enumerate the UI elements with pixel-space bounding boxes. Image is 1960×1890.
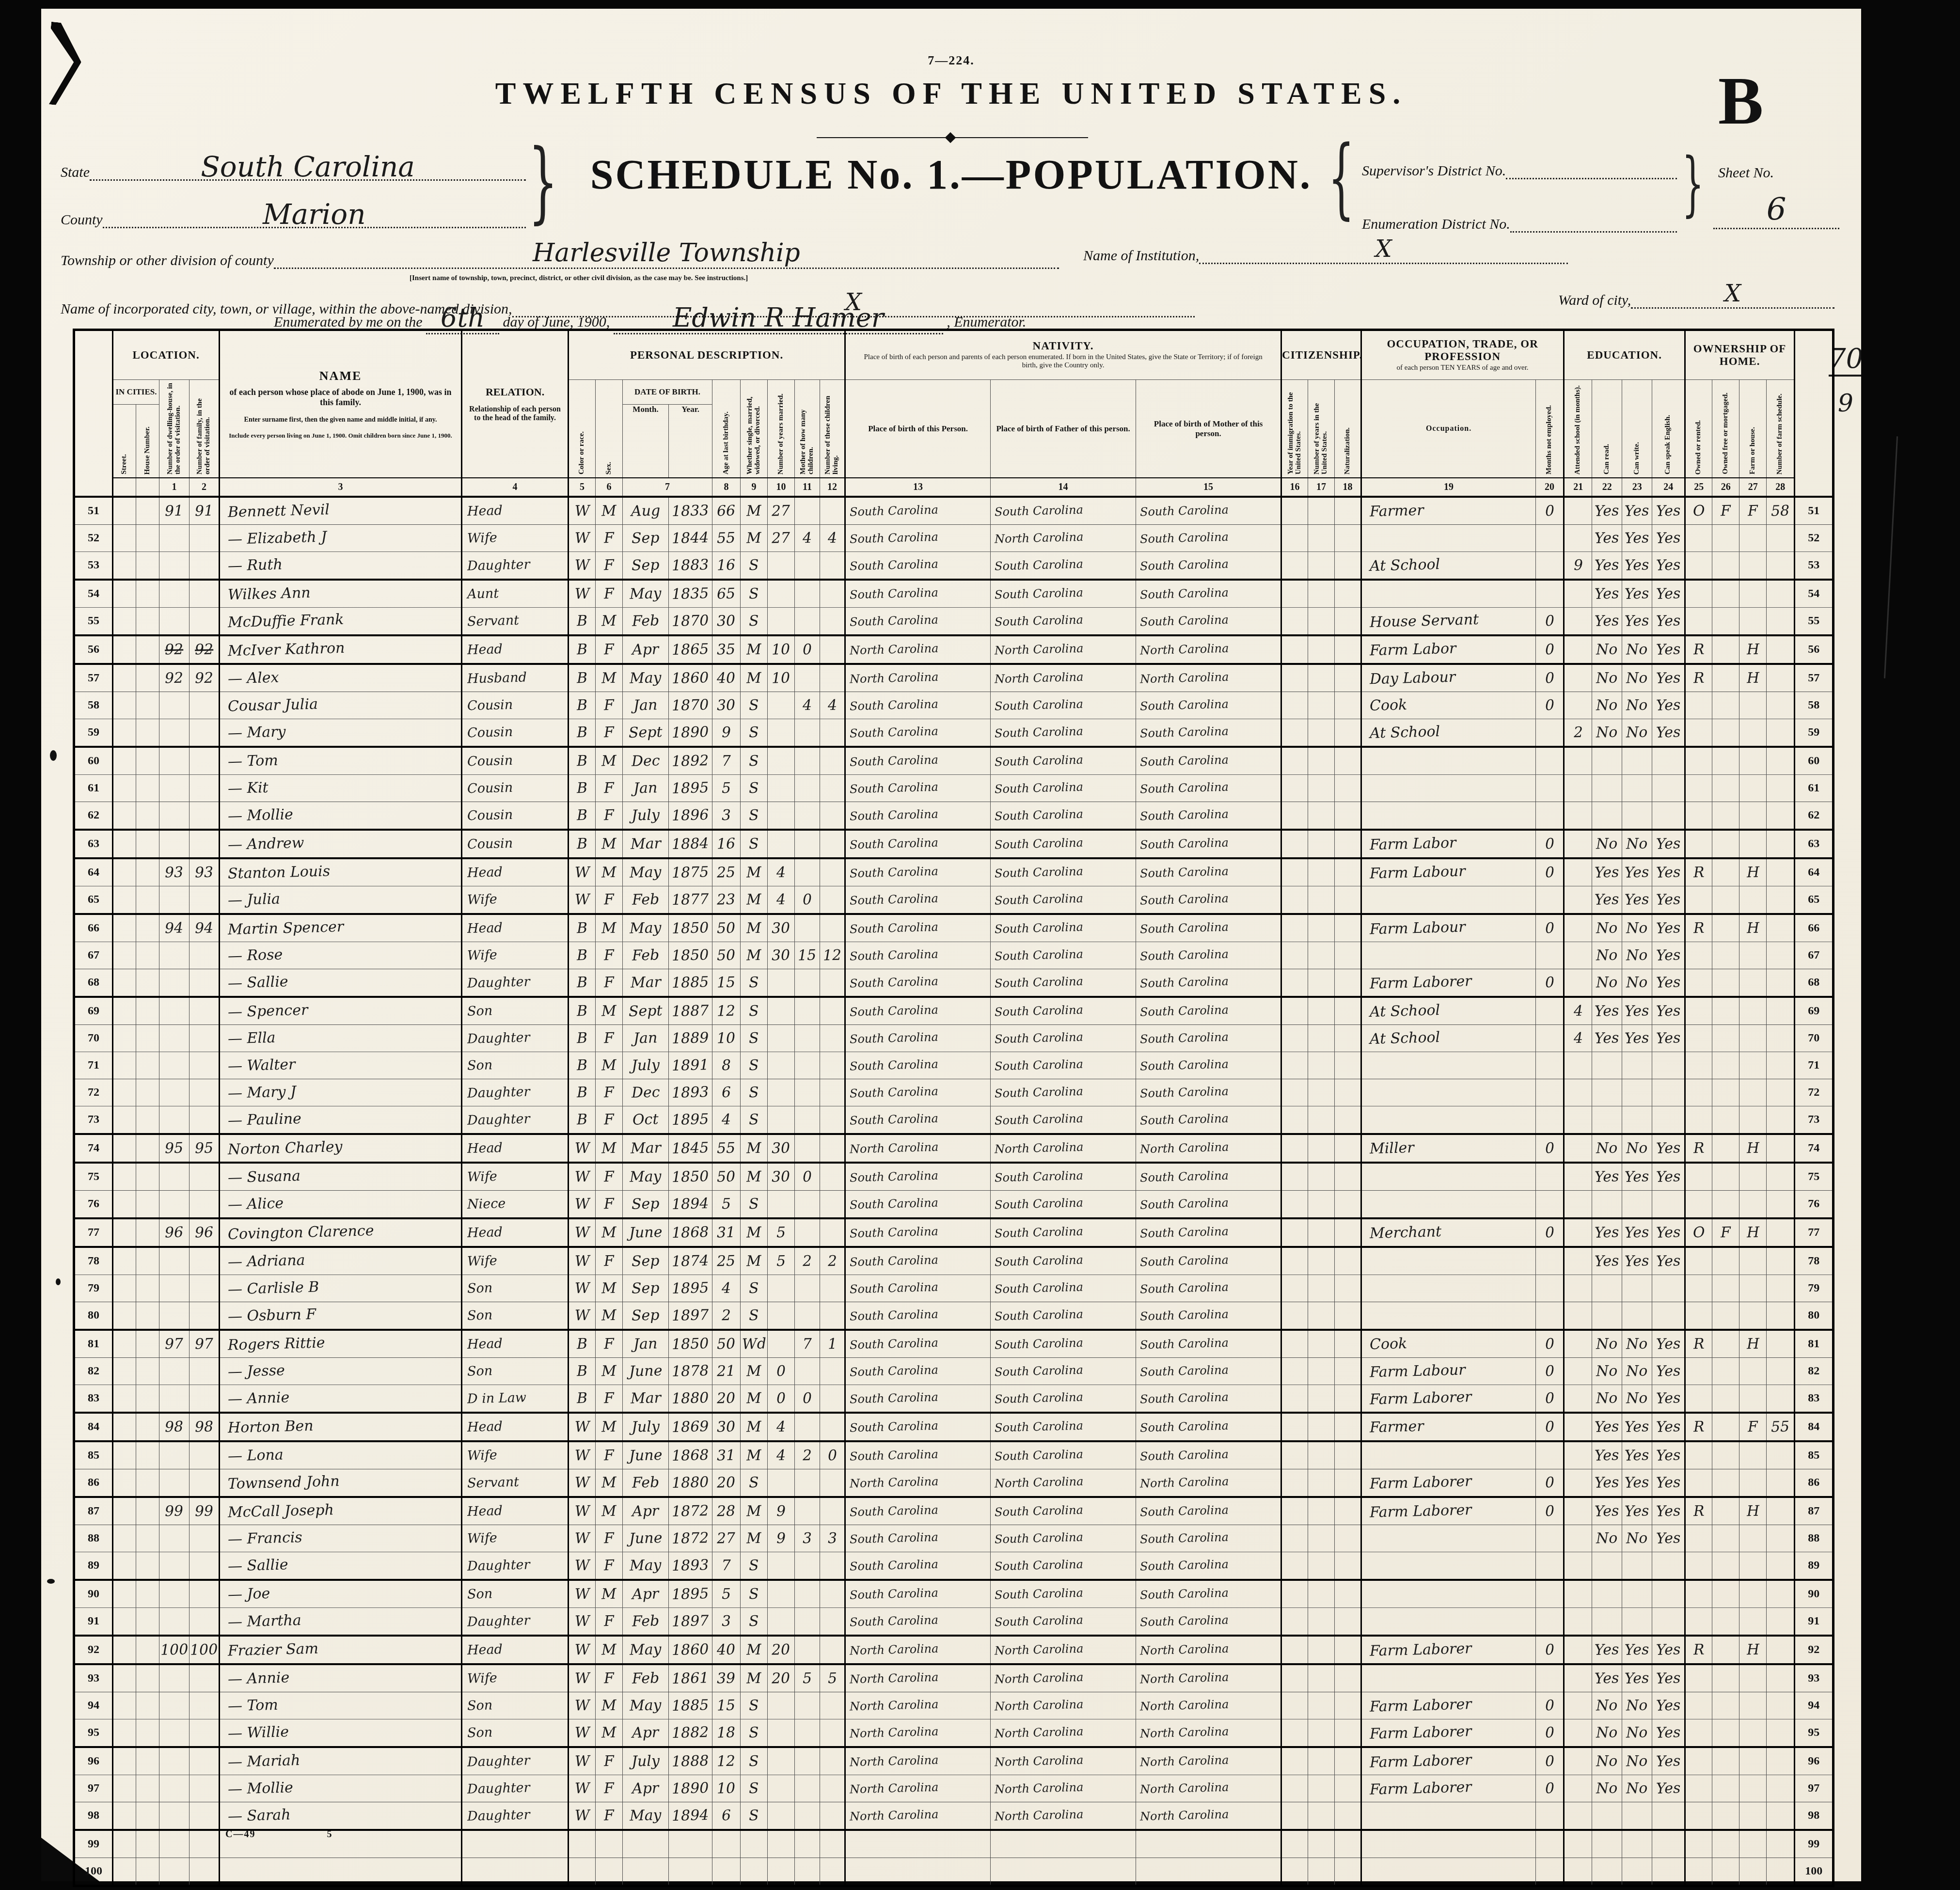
- cell-age: 2: [712, 1302, 741, 1330]
- cell-st: [113, 580, 136, 608]
- print-code: C—49: [225, 1829, 255, 1840]
- cell-mne: [1536, 1275, 1564, 1302]
- cell-m: S: [741, 775, 768, 802]
- cell-pf: South Carolina: [991, 1106, 1136, 1134]
- cell-name: Frazier Sam: [220, 1636, 462, 1664]
- cell-ym: 10: [768, 635, 795, 664]
- cell-wr: [1622, 1302, 1652, 1330]
- cell-pm: South Carolina: [1136, 775, 1281, 802]
- cell-hn: [136, 1191, 159, 1219]
- cell-nat: [1335, 719, 1361, 747]
- cell-yu: [1308, 1525, 1335, 1552]
- cell-st: [113, 1858, 136, 1886]
- column-family-number: Number of family, in the order of visita…: [190, 380, 220, 478]
- cell-fh: F: [1739, 497, 1767, 525]
- cell-rel: Cousin: [462, 775, 569, 802]
- cell-pm: North Carolina: [1136, 1719, 1281, 1748]
- cell-pf: South Carolina: [991, 1497, 1136, 1525]
- cell-own: [1685, 1664, 1712, 1692]
- cell-st: [113, 1163, 136, 1191]
- cell-pb: South Carolina: [845, 997, 991, 1025]
- cell-wr: Yes: [1622, 1025, 1652, 1052]
- cell-pf: South Carolina: [991, 886, 1136, 914]
- cell-pm: South Carolina: [1136, 1330, 1281, 1358]
- cell-sch: [1564, 580, 1592, 608]
- cell-mc: 0: [795, 1163, 820, 1191]
- cell-yi: [1281, 1358, 1308, 1385]
- cell-bm: Apr: [623, 1497, 669, 1525]
- cell-age: 39: [712, 1664, 741, 1692]
- cell-fr: [1712, 1830, 1739, 1858]
- cell-wr: Yes: [1622, 525, 1652, 552]
- cell-m: M: [741, 1636, 768, 1664]
- cell-name: — Ruth: [220, 552, 462, 580]
- cell-yu: [1308, 1191, 1335, 1219]
- cell-m: M: [741, 1134, 768, 1163]
- cell-mc: 7: [795, 1330, 820, 1358]
- cell-fh: F: [1739, 1413, 1767, 1441]
- cell-fh: H: [1739, 635, 1767, 664]
- cell-ym: [768, 552, 795, 580]
- enumerated-prefix: Enumerated by me on the: [274, 314, 423, 330]
- cell-pm: North Carolina: [1136, 1692, 1281, 1719]
- cell-cl: 5: [820, 1664, 845, 1692]
- cell-nat: [1335, 1719, 1361, 1748]
- cell-hn: [136, 525, 159, 552]
- cell-m: M: [741, 1163, 768, 1191]
- row-number-left: 57: [74, 664, 113, 692]
- cell-cl: [820, 1106, 845, 1134]
- cell-rd: [1592, 1580, 1622, 1608]
- column-number: 25: [1685, 478, 1712, 497]
- cell-s: F: [596, 1330, 623, 1358]
- cell-m: S: [741, 1802, 768, 1830]
- cell-name: — Andrew: [220, 830, 462, 858]
- cell-fr: [1712, 580, 1739, 608]
- cell-fam: [190, 775, 220, 802]
- cell-wr: Yes: [1622, 997, 1652, 1025]
- cell-s: F: [596, 1385, 623, 1413]
- cell-name: Rogers Rittie: [220, 1330, 462, 1358]
- cell-st: [113, 1719, 136, 1748]
- cell-pf: South Carolina: [991, 1247, 1136, 1275]
- cell-pf: South Carolina: [991, 1441, 1136, 1469]
- row-number-right: 59: [1795, 719, 1834, 747]
- cell-s: M: [596, 1275, 623, 1302]
- cell-fh: [1739, 580, 1767, 608]
- cell-yu: [1308, 1025, 1335, 1052]
- cell-fh: [1739, 1275, 1767, 1302]
- cell-name: — Jesse: [220, 1358, 462, 1385]
- cell-pf: North Carolina: [991, 1775, 1136, 1802]
- cell-rel: Daughter: [462, 1608, 569, 1636]
- cell-st: [113, 1775, 136, 1802]
- township-value: Harlesville Township: [274, 238, 1059, 269]
- cell-nat: [1335, 1497, 1361, 1525]
- cell-nat: [1335, 886, 1361, 914]
- cell-occ: Farm Laborer: [1361, 1636, 1536, 1664]
- cell-hn: [136, 719, 159, 747]
- cell-m: S: [741, 1025, 768, 1052]
- cell-m: M: [741, 1358, 768, 1385]
- cell-fr: [1712, 1191, 1739, 1219]
- row-number-left: 80: [74, 1302, 113, 1330]
- cell-cl: 12: [820, 942, 845, 969]
- row-number-left: 93: [74, 1664, 113, 1692]
- column-number: 12: [820, 478, 845, 497]
- row-number-left: 98: [74, 1802, 113, 1830]
- cell-by: 1880: [669, 1385, 712, 1413]
- cell-s: F: [596, 1525, 623, 1552]
- cell-m: S: [741, 608, 768, 636]
- cell-mc: [795, 1079, 820, 1106]
- cell-fr: [1712, 1747, 1739, 1775]
- table-row: 83— AnnieD in LawBFMar188020M00South Car…: [74, 1385, 1834, 1413]
- cell-c: W: [569, 1580, 596, 1608]
- cell-rd: Yes: [1592, 525, 1622, 552]
- cell-bm: Sep: [623, 1275, 669, 1302]
- cell-rel: Son: [462, 1358, 569, 1385]
- cell-hn: [136, 1608, 159, 1636]
- cell-pf: South Carolina: [991, 1385, 1136, 1413]
- cell-yu: [1308, 1469, 1335, 1497]
- cell-hn: [136, 1134, 159, 1163]
- cell-fs: [1767, 1775, 1795, 1802]
- cell-own: O: [1685, 1218, 1712, 1247]
- cell-yi: [1281, 1552, 1308, 1580]
- cell-m: M: [741, 942, 768, 969]
- cell-s: M: [596, 1692, 623, 1719]
- cell-dw: [159, 1106, 190, 1134]
- cell-rel: Son: [462, 1052, 569, 1079]
- cell-fr: [1712, 942, 1739, 969]
- row-number-right: 86: [1795, 1469, 1834, 1497]
- cell-mc: 4: [795, 692, 820, 719]
- cell-yu: [1308, 858, 1335, 886]
- row-number-right: 83: [1795, 1385, 1834, 1413]
- cell-en: [1652, 1302, 1685, 1330]
- table-row: 79— Carlisle BSonWMSep18954SSouth Caroli…: [74, 1275, 1834, 1302]
- supervisor-district-label: Supervisor's District No.: [1362, 163, 1506, 179]
- cell-mne: [1536, 552, 1564, 580]
- table-header: LOCATION. NAME of each person whose plac…: [74, 330, 1834, 497]
- cell-en: Yes: [1652, 580, 1685, 608]
- cell-own: R: [1685, 1636, 1712, 1664]
- cell-pb: North Carolina: [845, 664, 991, 692]
- column-free-mortgaged: Owned free or mortgaged.: [1712, 380, 1739, 478]
- cell-pb: South Carolina: [845, 1525, 991, 1552]
- cell-name: — Francis: [220, 1525, 462, 1552]
- cell-hn: [136, 1025, 159, 1052]
- cell-pf: South Carolina: [991, 775, 1136, 802]
- cell-hn: [136, 1163, 159, 1191]
- cell-fs: [1767, 635, 1795, 664]
- cell-ym: 20: [768, 1636, 795, 1664]
- cell-own: [1685, 580, 1712, 608]
- cell-fr: [1712, 1052, 1739, 1079]
- cell-rd: No: [1592, 1747, 1622, 1775]
- cell-st: [113, 608, 136, 636]
- column-number: 24: [1652, 478, 1685, 497]
- cell-pm: North Carolina: [1136, 1134, 1281, 1163]
- cell-by: 1895: [669, 775, 712, 802]
- cell-dw: 93: [159, 858, 190, 886]
- cell-by: [669, 1858, 712, 1886]
- cell-ym: [768, 775, 795, 802]
- cell-fr: [1712, 830, 1739, 858]
- cell-fs: [1767, 830, 1795, 858]
- cell-sch: 4: [1564, 997, 1592, 1025]
- cell-mne: [1536, 1079, 1564, 1106]
- row-number-right: 73: [1795, 1106, 1834, 1134]
- cell-yu: [1308, 1608, 1335, 1636]
- cell-pm: South Carolina: [1136, 830, 1281, 858]
- cell-yu: [1308, 635, 1335, 664]
- cell-en: [1652, 775, 1685, 802]
- cell-dw: [159, 830, 190, 858]
- row-number-left: 72: [74, 1079, 113, 1106]
- cell-pb: South Carolina: [845, 1330, 991, 1358]
- cell-fam: [190, 1525, 220, 1552]
- cell-fs: [1767, 1636, 1795, 1664]
- cell-mne: 0: [1536, 1385, 1564, 1413]
- cell-name: — Walter: [220, 1052, 462, 1079]
- cell-pm: South Carolina: [1136, 747, 1281, 775]
- cell-hn: [136, 1775, 159, 1802]
- cell-fam: [190, 608, 220, 636]
- relation-title: RELATION.: [466, 386, 564, 398]
- cell-occ: [1361, 1664, 1536, 1692]
- cell-dw: 100: [159, 1636, 190, 1664]
- cell-fam: [190, 1664, 220, 1692]
- cell-yi: [1281, 1802, 1308, 1830]
- cell-cl: [820, 580, 845, 608]
- column-birthplace-mother: Place of birth of Mother of this person.: [1136, 380, 1281, 478]
- cell-bm: Apr: [623, 1775, 669, 1802]
- column-number: 15: [1136, 478, 1281, 497]
- cell-rel: Head: [462, 1218, 569, 1247]
- cell-cl: 2: [820, 1247, 845, 1275]
- cell-wr: [1622, 1552, 1652, 1580]
- cell-pb: South Carolina: [845, 608, 991, 636]
- cell-yi: [1281, 1664, 1308, 1692]
- cell-pf: North Carolina: [991, 664, 1136, 692]
- cell-ym: [768, 1608, 795, 1636]
- cell-age: 12: [712, 1747, 741, 1775]
- cell-sch: [1564, 1330, 1592, 1358]
- cell-mc: [795, 1858, 820, 1886]
- cell-mne: [1536, 1247, 1564, 1275]
- cell-pm: South Carolina: [1136, 942, 1281, 969]
- cell-fam: 95: [190, 1134, 220, 1163]
- cell-nat: [1335, 1802, 1361, 1830]
- row-number-right: 62: [1795, 802, 1834, 830]
- cell-wr: Yes: [1622, 858, 1652, 886]
- cell-pf: North Carolina: [991, 1636, 1136, 1664]
- cell-pf: [991, 1858, 1136, 1886]
- cell-sch: [1564, 1830, 1592, 1858]
- cell-dw: [159, 1830, 190, 1858]
- cell-yu: [1308, 1385, 1335, 1413]
- cell-yi: [1281, 969, 1308, 997]
- cell-s: F: [596, 525, 623, 552]
- cell-by: 1895: [669, 1580, 712, 1608]
- cell-sch: [1564, 1163, 1592, 1191]
- column-sex: Sex.: [596, 380, 623, 478]
- table-row: 52— Elizabeth JWifeWFSep184455M2744South…: [74, 525, 1834, 552]
- cell-wr: No: [1622, 1692, 1652, 1719]
- cell-bm: June: [623, 1441, 669, 1469]
- cell-m: S: [741, 830, 768, 858]
- cell-mne: [1536, 1052, 1564, 1079]
- cell-s: F: [596, 1775, 623, 1802]
- cell-mne: [1536, 1525, 1564, 1552]
- cell-fam: 93: [190, 858, 220, 886]
- cell-yu: [1308, 692, 1335, 719]
- cell-s: F: [596, 942, 623, 969]
- cell-m: S: [741, 747, 768, 775]
- cell-fam: 98: [190, 1413, 220, 1441]
- cell-cl: [820, 1218, 845, 1247]
- cell-wr: No: [1622, 1719, 1652, 1748]
- cell-fr: [1712, 1134, 1739, 1163]
- row-number-right: 77: [1795, 1218, 1834, 1247]
- cell-fam: [190, 942, 220, 969]
- cell-age: 15: [712, 969, 741, 997]
- row-number-right: 64: [1795, 858, 1834, 886]
- cell-pb: South Carolina: [845, 1552, 991, 1580]
- cell-rel: Cousin: [462, 802, 569, 830]
- cell-c: W: [569, 1747, 596, 1775]
- cell-ym: 30: [768, 914, 795, 942]
- cell-fh: [1739, 1775, 1767, 1802]
- cell-s: M: [596, 1358, 623, 1385]
- row-number-right: 82: [1795, 1358, 1834, 1385]
- cell-pf: North Carolina: [991, 1469, 1136, 1497]
- cell-fs: [1767, 719, 1795, 747]
- cell-en: Yes: [1652, 1025, 1685, 1052]
- cell-dw: [159, 886, 190, 914]
- cell-by: 1895: [669, 1106, 712, 1134]
- group-personal-description: PERSONAL DESCRIPTION.: [569, 330, 845, 380]
- cell-name: — Sallie: [220, 1552, 462, 1580]
- cell-yu: [1308, 552, 1335, 580]
- cell-fam: [190, 1079, 220, 1106]
- cell-dw: [159, 1802, 190, 1830]
- cell-yi: [1281, 1525, 1308, 1552]
- cell-ym: 5: [768, 1247, 795, 1275]
- cell-name: Townsend John: [220, 1469, 462, 1497]
- cell-fh: [1739, 1358, 1767, 1385]
- cell-age: 18: [712, 1719, 741, 1748]
- cell-st: [113, 1608, 136, 1636]
- cell-fr: [1712, 1775, 1739, 1802]
- cell-fr: [1712, 664, 1739, 692]
- cell-s: M: [596, 1302, 623, 1330]
- column-number: 18: [1335, 478, 1361, 497]
- cell-nat: [1335, 1218, 1361, 1247]
- cell-sch: [1564, 830, 1592, 858]
- cell-age: 55: [712, 525, 741, 552]
- district-brace: {: [1328, 127, 1355, 229]
- cell-m: S: [741, 719, 768, 747]
- cell-hn: [136, 1858, 159, 1886]
- cell-st: [113, 997, 136, 1025]
- row-number-left: 96: [74, 1747, 113, 1775]
- cell-en: Yes: [1652, 1413, 1685, 1441]
- row-number-left: 95: [74, 1719, 113, 1748]
- cell-yu: [1308, 1858, 1335, 1886]
- cell-s: M: [596, 664, 623, 692]
- cell-pb: South Carolina: [845, 1163, 991, 1191]
- cell-bm: Mar: [623, 969, 669, 997]
- cell-m: S: [741, 580, 768, 608]
- cell-yi: [1281, 1218, 1308, 1247]
- cell-fam: [190, 969, 220, 997]
- enumerated-middle: day of June, 1900,: [503, 314, 610, 330]
- cell-occ: [1361, 942, 1536, 969]
- column-months-not-employed: Months not employed.: [1536, 380, 1564, 478]
- cell-by: 1872: [669, 1497, 712, 1525]
- cell-rel: Son: [462, 1692, 569, 1719]
- cell-ym: [768, 1802, 795, 1830]
- cell-own: [1685, 1552, 1712, 1580]
- cell-ym: [768, 1692, 795, 1719]
- cell-by: [669, 1830, 712, 1858]
- cell-fam: [190, 1775, 220, 1802]
- table-row: 93— AnnieWifeWFFeb186139M2055North Carol…: [74, 1664, 1834, 1692]
- column-number: 6: [596, 478, 623, 497]
- cell-rd: [1592, 775, 1622, 802]
- row-number-left: 64: [74, 858, 113, 886]
- cell-ym: 9: [768, 1525, 795, 1552]
- cell-pf: North Carolina: [991, 1719, 1136, 1748]
- cell-fh: [1739, 1302, 1767, 1330]
- cell-occ: Farmer: [1361, 1413, 1536, 1441]
- cell-pb: South Carolina: [845, 1580, 991, 1608]
- cell-mc: [795, 1413, 820, 1441]
- cell-rd: Yes: [1592, 1413, 1622, 1441]
- cell-fam: [190, 1106, 220, 1134]
- cell-name: McDuffie Frank: [220, 608, 462, 636]
- cell-sch: [1564, 1385, 1592, 1413]
- cell-yu: [1308, 942, 1335, 969]
- cell-hn: [136, 1719, 159, 1748]
- cell-fh: [1739, 1385, 1767, 1413]
- cell-bm: Jan: [623, 775, 669, 802]
- cell-rel: Head: [462, 914, 569, 942]
- cell-mc: [795, 747, 820, 775]
- cell-own: [1685, 719, 1712, 747]
- cell-cl: [820, 1552, 845, 1580]
- column-number: 3: [220, 478, 462, 497]
- cell-s: F: [596, 1664, 623, 1692]
- cell-pm: North Carolina: [1136, 635, 1281, 664]
- cell-bm: May: [623, 1552, 669, 1580]
- cell-name: — Mollie: [220, 802, 462, 830]
- cell-yu: [1308, 1358, 1335, 1385]
- column-can-read: Can read.: [1592, 380, 1622, 478]
- cell-yu: [1308, 802, 1335, 830]
- cell-fr: [1712, 1802, 1739, 1830]
- cell-pb: South Carolina: [845, 497, 991, 525]
- cell-pb: South Carolina: [845, 525, 991, 552]
- cell-nat: [1335, 1552, 1361, 1580]
- cell-s: M: [596, 830, 623, 858]
- cell-occ: [1361, 775, 1536, 802]
- cell-nat: [1335, 580, 1361, 608]
- row-number-right: 65: [1795, 886, 1834, 914]
